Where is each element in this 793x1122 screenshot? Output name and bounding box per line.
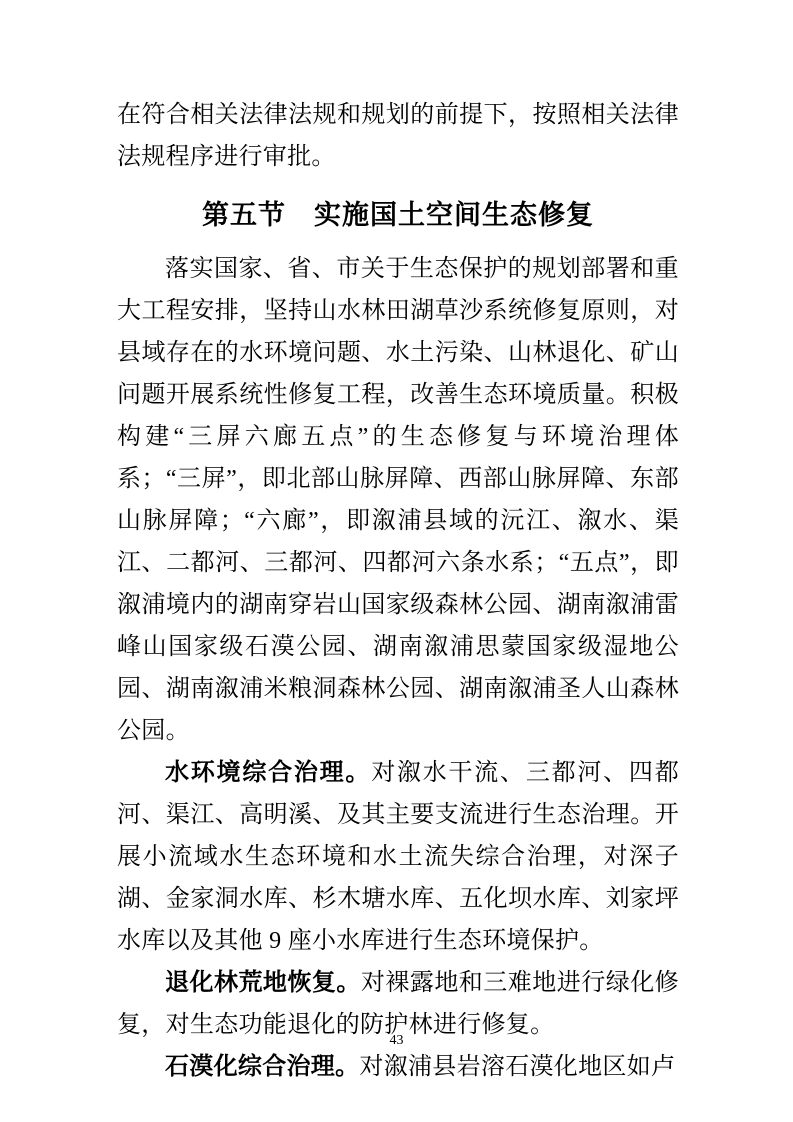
continuation-paragraph: 在符合相关法律法规和规划的前提下，按照相关法律法规程序进行审批。	[117, 94, 679, 178]
document-page: 在符合相关法律法规和规划的前提下，按照相关法律法规程序进行审批。 第五节 实施国…	[0, 0, 793, 1122]
paragraph-text: 对溆水干流、三都河、四都河、渠江、高明溪、及其主要支流进行生态治理。开展小流域水…	[117, 760, 679, 954]
page-number: 43	[0, 1032, 793, 1050]
paragraph-rocky-desertification: 石漠化综合治理。对溆浦县岩溶石漠化地区如卢	[117, 1046, 679, 1088]
paragraph-text: 落实国家、省、市关于生态保护的规划部署和重大工程安排，坚持山水林田湖草沙系统修复…	[117, 256, 679, 744]
paragraph-lead: 石漠化综合治理。	[165, 1053, 359, 1080]
section-heading: 第五节 实施国土空间生态修复	[117, 194, 679, 236]
paragraph-text: 对溆浦县岩溶石漠化地区如卢	[359, 1054, 675, 1080]
paragraph-overview: 落实国家、省、市关于生态保护的规划部署和重大工程安排，坚持山水林田湖草沙系统修复…	[117, 248, 679, 752]
paragraph-water-treatment: 水环境综合治理。对溆水干流、三都河、四都河、渠江、高明溪、及其主要支流进行生态治…	[117, 752, 679, 962]
page-body-text: 在符合相关法律法规和规划的前提下，按照相关法律法规程序进行审批。 第五节 实施国…	[117, 94, 679, 1088]
paragraph-lead: 退化林荒地恢复。	[165, 969, 361, 996]
paragraph-lead: 水环境综合治理。	[165, 759, 371, 786]
